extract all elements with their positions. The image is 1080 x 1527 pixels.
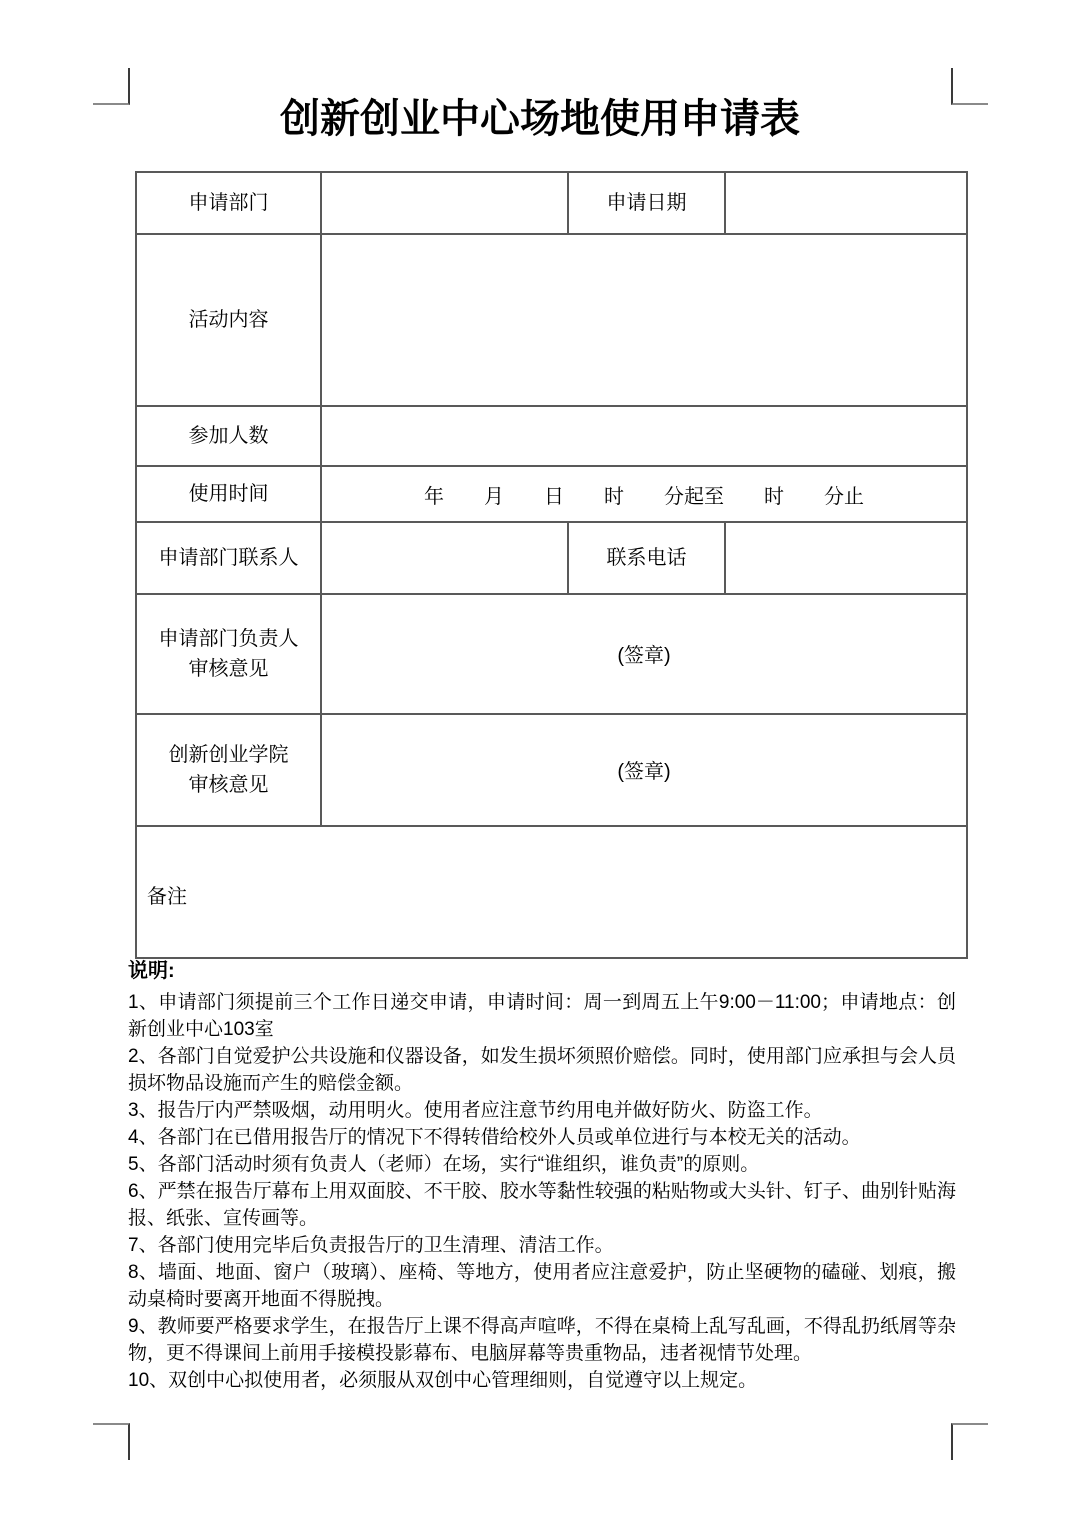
- note-item-5: 5、各部门活动时须有负责人（老师）在场，实行“谁组织，谁负责”的原则。: [128, 1151, 956, 1178]
- apply-dept-input[interactable]: [321, 172, 568, 234]
- use-time-input[interactable]: 年 月 日 时 分起至 时 分止: [321, 466, 967, 522]
- remarks-label: 备注: [137, 876, 966, 909]
- use-time-label: 使用时间: [136, 466, 321, 522]
- note-item-9: 9、教师要严格要求学生，在报告厅上课不得高声喧哗，不得在桌椅上乱写乱画，不得乱扔…: [128, 1313, 956, 1367]
- contact-phone-label: 联系电话: [568, 522, 725, 594]
- note-item-2: 2、各部门自觉爱护公共设施和仪器设备，如发生损坏须照价赔偿。同时，使用部门应承担…: [128, 1043, 956, 1097]
- participants-label: 参加人数: [136, 406, 321, 466]
- note-item-3: 3、报告厅内严禁吸烟，动用明火。使用者应注意节约用电并做好防火、防盗工作。: [128, 1097, 956, 1124]
- activity-content-input[interactable]: [321, 234, 967, 406]
- table-row: 申请部门负责人 审核意见 (签章): [136, 594, 967, 714]
- participants-input[interactable]: [321, 406, 967, 466]
- application-form-table: 申请部门 申请日期 活动内容 参加人数 使用时间 年 月 日 时 分起至 时 分…: [135, 171, 968, 959]
- page-title: 创新创业中心场地使用申请表: [0, 97, 1080, 141]
- apply-date-input[interactable]: [725, 172, 967, 234]
- college-review-seal-label: (签章): [322, 755, 966, 786]
- contact-person-input[interactable]: [321, 522, 568, 594]
- notes-heading: 说明:: [128, 958, 956, 984]
- crop-mark-bottom-right-icon: [951, 1423, 988, 1460]
- note-item-6: 6、严禁在报告厅幕布上用双面胶、不干胶、胶水等黏性较强的粘贴物或大头针、钉子、曲…: [128, 1178, 956, 1232]
- note-item-4: 4、各部门在已借用报告厅的情况下不得转借给校外人员或单位进行与本校无关的活动。: [128, 1124, 956, 1151]
- table-row: 申请部门 申请日期: [136, 172, 967, 234]
- college-review-label-line1: 创新创业学院: [137, 740, 320, 770]
- table-row: 使用时间 年 月 日 时 分起至 时 分止: [136, 466, 967, 522]
- crop-mark-bottom-left-icon: [93, 1423, 130, 1460]
- apply-date-label: 申请日期: [568, 172, 725, 234]
- dept-review-seal-label: (签章): [322, 639, 966, 670]
- college-review-label-line2: 审核意见: [137, 770, 320, 800]
- apply-dept-label: 申请部门: [136, 172, 321, 234]
- note-item-8: 8、墙面、地面、窗户（玻璃）、座椅、等地方，使用者应注意爱护，防止坚硬物的磕碰、…: [128, 1259, 956, 1313]
- college-review-label: 创新创业学院 审核意见: [136, 714, 321, 826]
- note-item-1: 1、申请部门须提前三个工作日递交申请，申请时间：周一到周五上午9:00－11:0…: [128, 989, 956, 1043]
- document-page: 创新创业中心场地使用申请表 申请部门 申请日期 活动内容 参加人数: [0, 0, 1080, 1527]
- table-row: 创新创业学院 审核意见 (签章): [136, 714, 967, 826]
- contact-phone-input[interactable]: [725, 522, 967, 594]
- dept-review-input[interactable]: (签章): [321, 594, 967, 714]
- dept-review-label: 申请部门负责人 审核意见: [136, 594, 321, 714]
- contact-person-label: 申请部门联系人: [136, 522, 321, 594]
- table-row: 备注: [136, 826, 967, 958]
- application-form: 申请部门 申请日期 活动内容 参加人数 使用时间 年 月 日 时 分起至 时 分…: [135, 171, 968, 959]
- dept-review-label-line2: 审核意见: [137, 654, 320, 684]
- table-row: 参加人数: [136, 406, 967, 466]
- notes-section: 说明: 1、申请部门须提前三个工作日递交申请，申请时间：周一到周五上午9:00－…: [128, 958, 956, 1394]
- table-row: 活动内容: [136, 234, 967, 406]
- note-item-7: 7、各部门使用完毕后负责报告厅的卫生清理、清洁工作。: [128, 1232, 956, 1259]
- remarks-input[interactable]: 备注: [136, 826, 967, 958]
- note-item-10: 10、双创中心拟使用者，必须服从双创中心管理细则，自觉遵守以上规定。: [128, 1367, 956, 1394]
- table-row: 申请部门联系人 联系电话: [136, 522, 967, 594]
- college-review-input[interactable]: (签章): [321, 714, 967, 826]
- activity-content-label: 活动内容: [136, 234, 321, 406]
- dept-review-label-line1: 申请部门负责人: [137, 624, 320, 654]
